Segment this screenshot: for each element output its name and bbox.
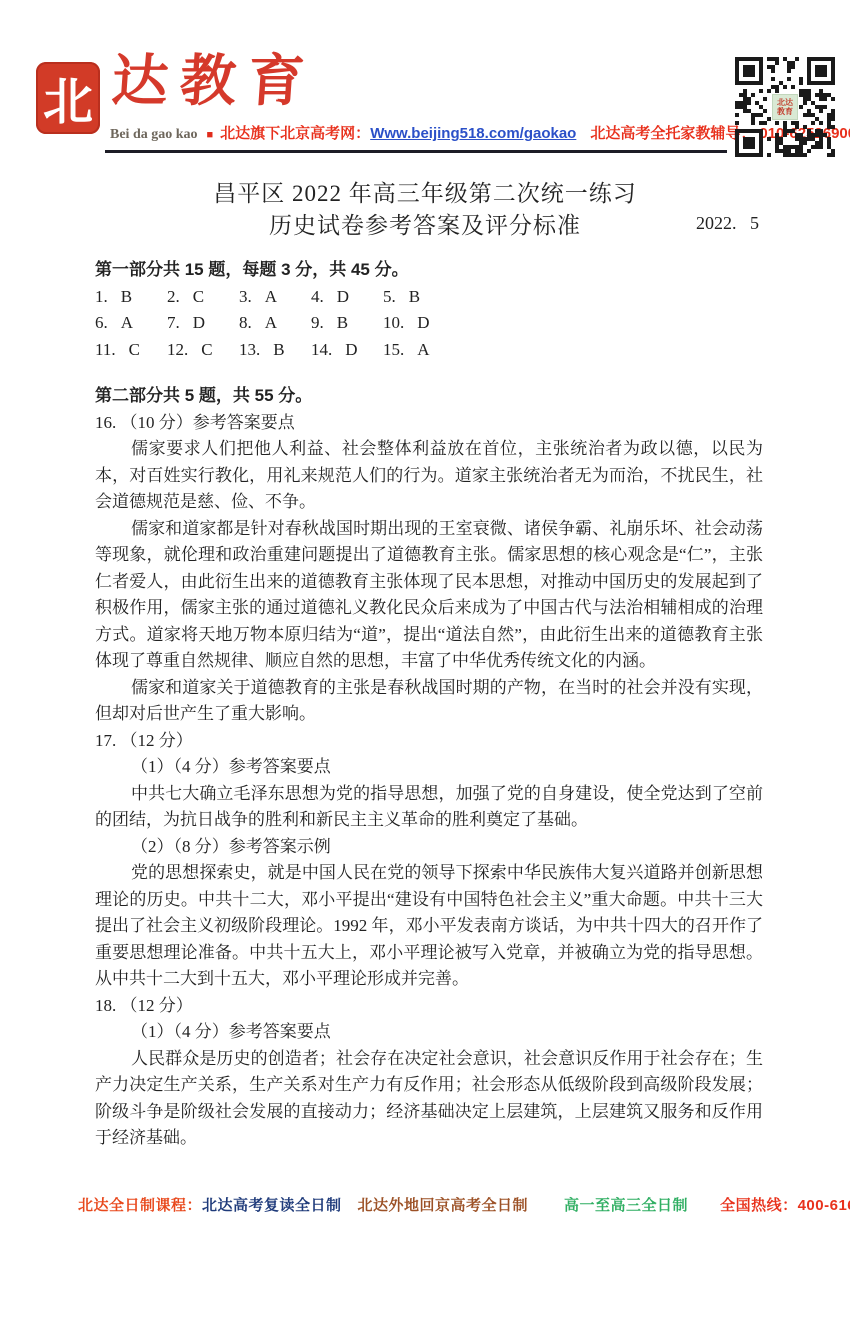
question-number: 12.	[167, 337, 188, 364]
question-number: 5.	[383, 284, 396, 311]
answer-letter: B	[337, 310, 348, 337]
answer-cell: 6.A	[95, 310, 167, 337]
sub-question-heading: （1）（4 分）参考答案要点	[95, 1019, 763, 1046]
square-bullet-icon: ■	[207, 129, 214, 141]
answer-cell: 3.A	[239, 284, 311, 311]
footer-promo-bar: 北达全日制课程：北达高考复读全日制北达外地回京高考全日制高一至高三全日制全国热线…	[78, 1194, 850, 1215]
answer-row: 11.C12.C13.B14.D15.A	[95, 337, 763, 364]
question-heading: 17. （12 分）	[95, 728, 763, 755]
answer-cell: 10.D	[383, 310, 430, 337]
answer-cell: 4.D	[311, 284, 383, 311]
answer-cell: 15.A	[383, 337, 430, 364]
question-number: 8.	[239, 310, 252, 337]
brand-pinyin: Bei da gao kao	[110, 127, 198, 143]
answer-letter: A	[417, 337, 429, 364]
brand-calligraphy: 达教育	[110, 54, 318, 110]
question-number: 1.	[95, 284, 108, 311]
answer-row: 1.B2.C3.A4.D5.B	[95, 284, 763, 311]
answer-cell: 7.D	[167, 310, 239, 337]
qr-logo-line1: 北达	[777, 98, 793, 107]
answer-cell: 2.C	[167, 284, 239, 311]
question-number: 2.	[167, 284, 180, 311]
answer-cell: 5.B	[383, 284, 420, 311]
sub-question-heading: （2）（8 分）参考答案示例	[95, 834, 763, 861]
answer-paragraph: 儒家和道家都是针对春秋战国时期出现的王室衰微、诸侯争霸、礼崩乐坏、社会动荡等现象…	[95, 516, 763, 675]
footer-course-grades: 高一至高三全日制	[564, 1194, 688, 1215]
answer-letter: D	[337, 284, 349, 311]
answer-paragraph: 儒家要求人们把他人利益、社会整体利益放在首位，主张统治者为政以德，以民为本，对百…	[95, 436, 763, 516]
answer-letter: A	[265, 310, 277, 337]
question-number: 3.	[239, 284, 252, 311]
site-url-link[interactable]: Www.beijing518.com/gaokao	[370, 125, 576, 142]
answer-cell: 1.B	[95, 284, 167, 311]
answer-paragraph: 党的思想探索史，就是中国人民在党的领导下探索中华民族伟大复兴道路并创新思想理论的…	[95, 860, 763, 993]
section-heading: 第一部分共 15 题，每题 3 分，共 45 分。	[95, 257, 763, 284]
answer-key-content: 第一部分共 15 题，每题 3 分，共 45 分。1.B2.C3.A4.D5.B…	[95, 257, 763, 1152]
sub-question-heading: （1）（4 分）参考答案要点	[95, 754, 763, 781]
answer-letter: C	[201, 337, 212, 364]
question-number: 14.	[311, 337, 332, 364]
exam-date: 2022. 5	[696, 213, 759, 234]
answer-cell: 8.A	[239, 310, 311, 337]
answer-letter: A	[121, 310, 133, 337]
answer-letter: B	[409, 284, 420, 311]
answer-letter: A	[265, 284, 277, 311]
choice-answers-grid: 1.B2.C3.A4.D5.B6.A7.D8.A9.B10.D11.C12.C1…	[95, 284, 763, 364]
seal-character: 北	[43, 62, 93, 134]
footer-course-returning: 北达外地回京高考全日制	[358, 1194, 529, 1215]
answer-letter: B	[121, 284, 132, 311]
answer-letter: C	[193, 284, 204, 311]
answer-letter: D	[417, 310, 429, 337]
answer-paragraph: 中共七大确立毛泽东思想为党的指导思想，加强了党的自身建设，使全党达到了空前的团结…	[95, 781, 763, 834]
brand-seal-icon: 北	[36, 62, 100, 134]
header-divider	[105, 150, 727, 153]
site-label: 北达旗下北京高考网：	[220, 122, 370, 143]
question-number: 10.	[383, 310, 404, 337]
answer-cell: 14.D	[311, 337, 383, 364]
answer-letter: C	[129, 337, 140, 364]
question-number: 11.	[95, 337, 116, 364]
answer-row: 6.A7.D8.A9.B10.D	[95, 310, 763, 337]
answer-paragraph: 人民群众是历史的创造者；社会存在决定社会意识，社会意识反作用于社会存在；生产力决…	[95, 1046, 763, 1152]
answer-letter: D	[345, 337, 357, 364]
exam-title-line1: 昌平区 2022 年高三年级第二次统一练习	[0, 175, 850, 208]
question-number: 4.	[311, 284, 324, 311]
question-number: 6.	[95, 310, 108, 337]
answer-letter: B	[273, 337, 284, 364]
answer-cell: 11.C	[95, 337, 167, 364]
answer-cell: 12.C	[167, 337, 239, 364]
answer-paragraph: 儒家和道家关于道德教育的主张是春秋战国时期的产物，在当时的社会并没有实现，但却对…	[95, 675, 763, 728]
document-page: 北 达教育 Bei da gao kao ■ 北达旗下北京高考网： Www.be…	[0, 0, 850, 1323]
answer-letter: D	[193, 310, 205, 337]
footer-course-fulltime: 北达高考复读全日制	[202, 1194, 342, 1215]
footer-hotline-label: 全国热线：	[720, 1194, 798, 1215]
qr-center-logo: 北达 教育	[772, 94, 798, 120]
qr-code: 北达 教育	[735, 57, 835, 157]
footer-hotline-number: 400-6168-182	[798, 1197, 850, 1214]
tutoring-label: 北达高考全托家教辅导：	[590, 122, 755, 143]
question-number: 9.	[311, 310, 324, 337]
answer-cell: 13.B	[239, 337, 311, 364]
section-heading: 第二部分共 5 题，共 55 分。	[95, 383, 763, 410]
question-heading: 16. （10 分）参考答案要点	[95, 410, 763, 437]
question-number: 15.	[383, 337, 404, 364]
question-number: 7.	[167, 310, 180, 337]
answer-cell: 9.B	[311, 310, 383, 337]
qr-logo-line2: 教育	[777, 107, 793, 116]
question-number: 13.	[239, 337, 260, 364]
footer-course-label: 北达全日制课程：	[78, 1194, 202, 1215]
question-heading: 18. （12 分）	[95, 993, 763, 1020]
